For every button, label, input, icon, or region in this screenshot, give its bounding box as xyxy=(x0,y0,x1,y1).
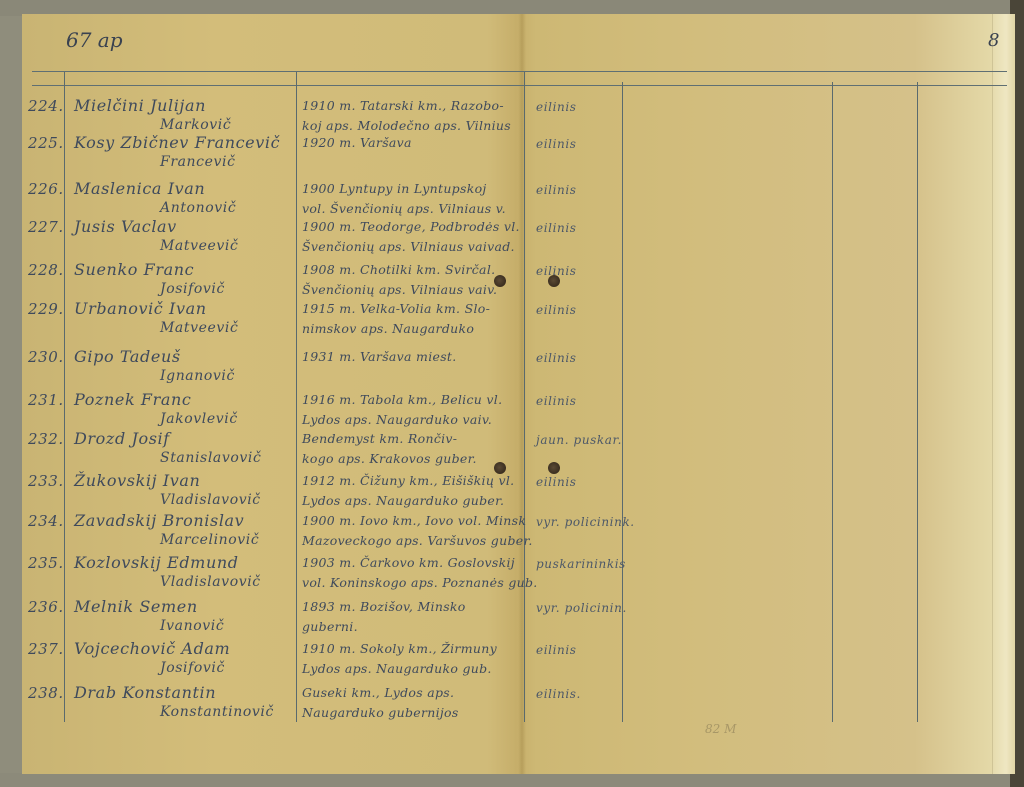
archive-mark-top-right: 8 xyxy=(988,30,999,51)
entry-birth-line-2: Lydos aps. Naugarduko vaiv. xyxy=(302,412,492,427)
entry-birth-line-1: 1893 m. Bozišov, Minsko xyxy=(302,599,466,614)
entry-rank: eilinis xyxy=(536,100,577,114)
entry-number: 237. xyxy=(28,640,64,658)
entry-rank: eilinis xyxy=(536,137,577,151)
column-divider-birth xyxy=(524,72,525,722)
entry-number: 238. xyxy=(28,684,64,702)
entry-birth-line-1: 1900 m. Iovo km., Iovo vol. Minsk xyxy=(302,513,526,528)
entry-patronymic: Stanislavovič xyxy=(160,450,261,466)
entry-number: 232. xyxy=(28,430,64,448)
entry-number: 225. xyxy=(28,134,64,152)
column-divider-6 xyxy=(917,82,918,722)
entry-birth-line-1: 1916 m. Tabola km., Belicu vl. xyxy=(302,392,502,407)
entry-rank: eilinis xyxy=(536,303,577,317)
entry-name: Kosy Zbičnev Francevič xyxy=(74,133,280,152)
entry-number: 229. xyxy=(28,300,64,318)
faint-stamp: 82 M xyxy=(705,722,736,736)
entry-birth-line-2: Mazoveckogo aps. Varšuvos guber. xyxy=(302,533,533,548)
archive-mark-top-left: 67 ap xyxy=(66,28,123,52)
entry-name: Maslenica Ivan xyxy=(74,179,205,198)
entry-birth-line-1: 1915 m. Velka-Volia km. Slo- xyxy=(302,301,490,316)
entry-birth-line-1: Guseki km., Lydos aps. xyxy=(302,685,454,700)
entry-birth-line-1: 1910 m. Sokoly km., Žirmuny xyxy=(302,641,497,656)
entry-birth-line-1: 1903 m. Čarkovo km. Goslovskij xyxy=(302,555,515,570)
entry-number: 235. xyxy=(28,554,64,572)
entry-patronymic: Antonovič xyxy=(160,200,236,216)
entry-rank: eilinis xyxy=(536,264,577,278)
entry-number: 231. xyxy=(28,391,64,409)
entry-name: Drozd Josif xyxy=(74,429,170,448)
entry-number: 236. xyxy=(28,598,64,616)
entry-birth-line-1: 1900 m. Teodorge, Podbrodės vl. xyxy=(302,219,520,234)
entry-rank: vyr. policinin. xyxy=(536,601,627,615)
entry-patronymic: Matveevič xyxy=(160,238,238,254)
entry-birth-line-1: 1912 m. Čižuny km., Eišiškių vl. xyxy=(302,473,514,488)
entry-birth-line-2: Naugarduko gubernijos xyxy=(302,705,459,720)
entry-rank: eilinis xyxy=(536,643,577,657)
entry-birth-line-2: kogo aps. Krakovos guber. xyxy=(302,451,477,466)
entry-birth-line-2: guberni. xyxy=(302,619,358,634)
entry-name: Drab Konstantin xyxy=(74,683,216,702)
entry-patronymic: Konstantinovič xyxy=(160,704,274,720)
binding-tape xyxy=(992,14,1015,774)
entry-birth-line-2: Lydos aps. Naugarduko guber. xyxy=(302,493,504,508)
entry-name: Kozlovskij Edmund xyxy=(74,553,239,572)
entry-number: 230. xyxy=(28,348,64,366)
entry-birth-line-1: 1920 m. Varšava xyxy=(302,135,412,150)
entry-birth-line-2: koj aps. Molodečno aps. Vilnius xyxy=(302,118,511,133)
entry-rank: vyr. policinink. xyxy=(536,515,635,529)
entry-birth-line-1: 1931 m. Varšava miest. xyxy=(302,349,457,364)
header-rule-top xyxy=(32,71,1007,72)
entry-number: 227. xyxy=(28,218,64,236)
column-divider-5 xyxy=(832,82,833,722)
entry-name: Gipo Tadeuš xyxy=(74,347,181,366)
entry-rank: puskarininkis xyxy=(536,557,626,571)
entry-rank: eilinis. xyxy=(536,687,581,701)
column-divider-rank xyxy=(622,82,623,722)
entry-birth-line-1: 1908 m. Chotilki km. Svirčal. xyxy=(302,262,495,277)
column-divider-number xyxy=(64,72,65,722)
entry-patronymic: Josifovič xyxy=(160,281,225,297)
entry-rank: eilinis xyxy=(536,475,577,489)
entry-patronymic: Josifovič xyxy=(160,660,225,676)
entry-name: Žukovskij Ivan xyxy=(74,471,200,490)
entry-name: Zavadskij Bronislav xyxy=(74,511,244,530)
entry-birth-line-2: vol. Koninskogo aps. Poznanės gub. xyxy=(302,575,538,590)
entry-name: Mielčini Julijan xyxy=(74,96,206,115)
entry-birth-line-2: Švenčionių aps. Vilniaus vaivad. xyxy=(302,239,515,254)
entry-name: Urbanovič Ivan xyxy=(74,299,207,318)
entry-birth-line-1: Bendemyst km. Rončiv- xyxy=(302,431,457,446)
entry-birth-line-2: Lydos aps. Naugarduko gub. xyxy=(302,661,492,676)
entry-birth-line-2: vol. Švenčionių aps. Vilniaus v. xyxy=(302,201,506,216)
punch-hole xyxy=(548,462,560,474)
entry-rank: eilinis xyxy=(536,394,577,408)
entry-patronymic: Vladislavovič xyxy=(160,492,261,508)
entry-patronymic: Vladislavovič xyxy=(160,574,261,590)
entry-birth-line-2: nimskov aps. Naugarduko xyxy=(302,321,474,336)
entry-patronymic: Marcelinovič xyxy=(160,532,259,548)
entry-birth-line-1: 1910 m. Tatarski km., Razobo- xyxy=(302,98,504,113)
entry-number: 226. xyxy=(28,180,64,198)
column-divider-name xyxy=(296,72,297,722)
entry-number: 224. xyxy=(28,97,64,115)
entry-patronymic: Ivanovič xyxy=(160,618,224,634)
entry-number: 228. xyxy=(28,261,64,279)
header-rule-bottom xyxy=(32,85,1007,86)
entry-name: Jusis Vaclav xyxy=(74,217,177,236)
scanner-background-bottom xyxy=(0,773,1024,787)
entry-rank: jaun. puskar. xyxy=(536,433,622,447)
entry-number: 233. xyxy=(28,472,64,490)
entry-name: Suenko Franc xyxy=(74,260,194,279)
entry-number: 234. xyxy=(28,512,64,530)
entry-rank: eilinis xyxy=(536,351,577,365)
entry-patronymic: Ignanovič xyxy=(160,368,235,384)
entry-birth-line-1: 1900 Lyntupy in Lyntupskoj xyxy=(302,181,487,196)
entry-patronymic: Francevič xyxy=(160,154,236,170)
entry-birth-line-2: Švenčionių aps. Vilniaus vaiv. xyxy=(302,282,497,297)
entry-name: Vojcechovič Adam xyxy=(74,639,230,658)
entry-patronymic: Markovič xyxy=(160,117,231,133)
entry-patronymic: Jakovlevič xyxy=(160,411,238,427)
entry-name: Melnik Semen xyxy=(74,597,198,616)
entry-rank: eilinis xyxy=(536,183,577,197)
entry-patronymic: Matveevič xyxy=(160,320,238,336)
entry-rank: eilinis xyxy=(536,221,577,235)
entry-name: Poznek Franc xyxy=(74,390,192,409)
